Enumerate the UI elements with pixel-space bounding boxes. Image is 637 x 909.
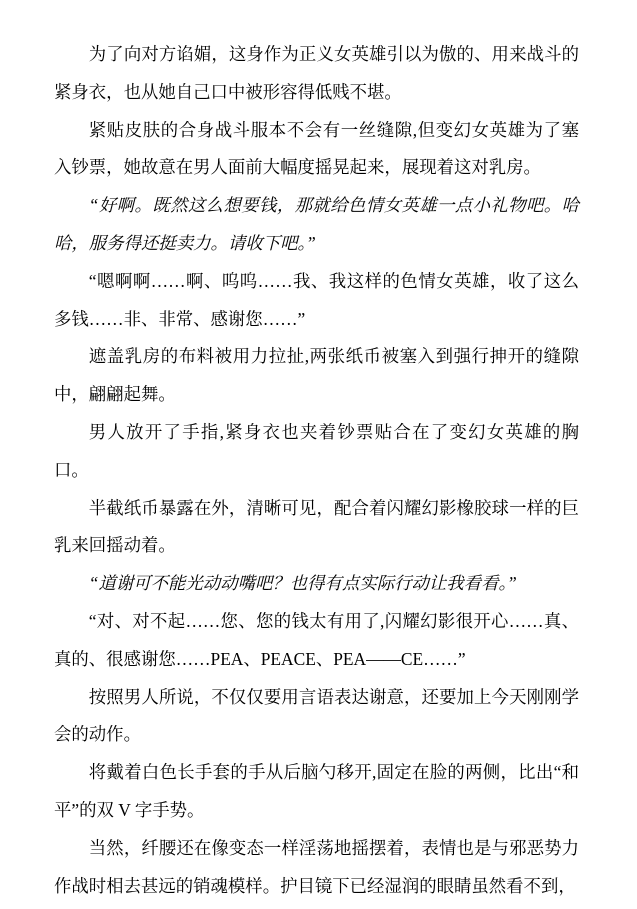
paragraph-6: 男人放开了手指,紧身衣也夹着钞票贴合在了变幻女英雄的胸口。 xyxy=(54,414,579,490)
paragraph-9-dialogue: “对、对不起……您、您的钱太有用了,闪耀幻影很开心……真、真的、很感谢您……PE… xyxy=(54,603,579,679)
paragraph-8-dialogue-italic: “道谢可不能光动动嘴吧？也得有点实际行动让我看看。” xyxy=(54,565,579,603)
paragraph-2: 紧贴皮肤的合身战斗服本不会有一丝缝隙,但变幻女英雄为了塞入钞票，她故意在男人面前… xyxy=(54,112,579,188)
paragraph-10: 按照男人所说，不仅仅要用言语表达谢意，还要加上今天刚刚学会的动作。 xyxy=(54,679,579,755)
paragraph-4-dialogue: “嗯啊啊……啊、呜呜……我、我这样的色情女英雄，收了这么多钱……非、非常、感谢您… xyxy=(54,263,579,339)
paragraph-12: 当然，纤腰还在像变态一样淫荡地摇摆着，表情也是与邪恶势力作战时相去甚远的销魂模样… xyxy=(54,830,579,906)
paragraph-5: 遮盖乳房的布料被用力拉扯,两张纸币被塞入到强行抻开的缝隙中，翩翩起舞。 xyxy=(54,338,579,414)
paragraph-11: 将戴着白色长手套的手从后脑勺移开,固定在脸的两侧，比出“和平”的双 V 字手势。 xyxy=(54,754,579,830)
paragraph-1: 为了向对方谄媚，这身作为正义女英雄引以为傲的、用来战斗的紧身衣，也从她自己口中被… xyxy=(54,36,579,112)
paragraph-3-dialogue-italic: “好啊。既然这么想要钱，那就给色情女英雄一点小礼物吧。哈哈，服务得还挺卖力。请收… xyxy=(54,187,579,263)
paragraph-7: 半截纸币暴露在外，清晰可见，配合着闪耀幻影橡胶球一样的巨乳来回摇动着。 xyxy=(54,490,579,566)
document-page: 为了向对方谄媚，这身作为正义女英雄引以为傲的、用来战斗的紧身衣，也从她自己口中被… xyxy=(0,0,637,909)
